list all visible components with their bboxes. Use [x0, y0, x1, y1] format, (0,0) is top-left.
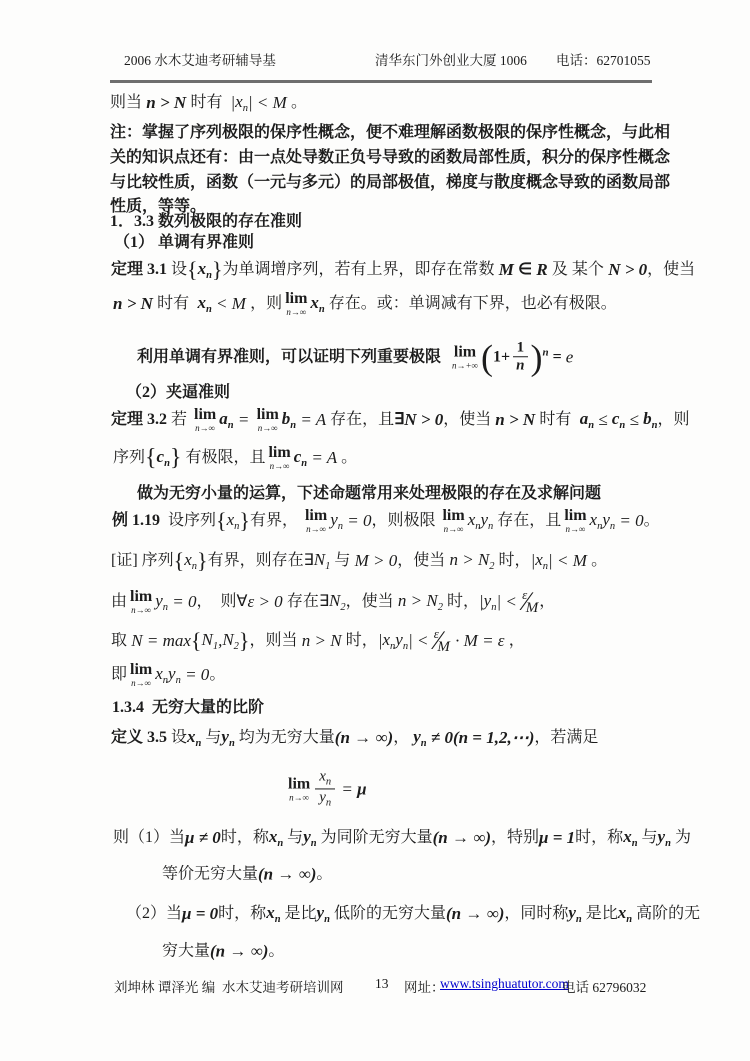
- text-segment: lim: [442, 508, 464, 524]
- text-segment: M > 0: [350, 550, 397, 571]
- footer-page-number: 13: [375, 976, 389, 992]
- text-segment: lim: [194, 407, 216, 423]
- text-segment: 。: [209, 665, 225, 685]
- text-segment: 设: [167, 728, 187, 748]
- text-segment: <: [413, 630, 433, 651]
- text-segment: 。: [644, 511, 660, 531]
- text-segment: 低阶的无穷大量: [330, 904, 446, 924]
- text-segment: ，: [539, 592, 555, 612]
- text-segment: ，使当: [397, 551, 445, 571]
- text-segment: 关的知识点还有：由一点处导数正负号导致的函数局部性质，积分的保序性概念: [110, 148, 670, 168]
- text-segment: 定义 3.5: [111, 728, 167, 748]
- text-segment: 有极限，且: [181, 448, 265, 468]
- text-segment: xn: [468, 509, 481, 533]
- text-segment: n→∞: [565, 525, 585, 534]
- theorem-3-1-line-2: n > N 时有 xn < M ，则limn→∞xn 存在。或：单调减有下界，也…: [113, 291, 617, 317]
- text-segment: ，若满足: [534, 728, 598, 748]
- text-segment: μ ≠ 0: [185, 827, 221, 848]
- fraction: 1n: [512, 339, 528, 375]
- slash-fraction: ε∕M: [434, 630, 450, 652]
- big-bracket: }: [170, 447, 182, 470]
- slash-fraction: ε∕M: [522, 591, 538, 613]
- text-segment: xn: [184, 549, 197, 573]
- text-segment: ，使当: [647, 260, 695, 280]
- text-segment: 设序列: [160, 511, 216, 531]
- text-segment: ≤: [625, 409, 643, 430]
- text-segment: > 0: [254, 591, 287, 612]
- text-segment: =: [337, 778, 357, 799]
- example-1-19-line: 例 1.19 设序列{xn}有界， limn→∞yn = 0，则极限 limn→…: [112, 508, 660, 534]
- limit-operator: limn→∞: [305, 508, 327, 534]
- big-bracket: {: [187, 260, 198, 281]
- text-segment: n: [516, 358, 524, 375]
- text-segment: n→∞: [131, 606, 151, 615]
- text-segment: n > N: [495, 409, 539, 430]
- text-segment: yn: [484, 590, 497, 614]
- text-segment: 取: [111, 631, 127, 651]
- text-segment: 存在。或：单调减有下界，也必有极限。: [325, 294, 617, 314]
- text-segment: 时，称: [221, 828, 269, 848]
- text-segment: ε: [247, 591, 254, 612]
- note-paragraph-line-1: 注：掌握了序列极限的保序性概念，便不难理解函数极限的保序性概念，与此相: [110, 123, 670, 143]
- text-segment: 为: [671, 828, 691, 848]
- text-segment: ，使当: [443, 410, 495, 430]
- text-segment: lim: [268, 445, 290, 461]
- text-segment: yn: [330, 509, 343, 533]
- limit-operator: limn→∞: [268, 445, 290, 471]
- text-segment: yn: [602, 509, 615, 533]
- text-segment: （2）夹逼准则: [126, 383, 230, 403]
- text-segment: lim: [305, 508, 327, 524]
- text-segment: lim: [257, 407, 279, 423]
- text-segment: 是比: [582, 904, 618, 924]
- text-segment: (n → ∞): [335, 727, 393, 748]
- text-segment: 与: [283, 828, 303, 848]
- document-body: 则当 n > N 时有 |xn| < M 。注：掌握了序列极限的保序性概念，便不…: [0, 0, 750, 1061]
- big-bracket: }: [212, 260, 223, 281]
- text-segment: 。: [316, 864, 332, 884]
- subscript: n: [326, 776, 331, 787]
- fraction: xnyn: [315, 768, 335, 809]
- text-segment: bn: [643, 408, 657, 432]
- big-bracket: {: [145, 447, 157, 470]
- text-segment: = 0: [615, 510, 643, 531]
- text-segment: N2: [329, 590, 346, 614]
- text-segment: 穷大量: [162, 941, 210, 961]
- text-segment: 时有: [190, 93, 230, 113]
- text-segment: N1: [314, 549, 331, 573]
- footer-phone: 电话 62796032: [562, 976, 646, 996]
- text-segment: 即: [111, 665, 127, 685]
- big-bracket: }: [239, 631, 250, 652]
- text-segment: yn: [395, 629, 408, 653]
- text-segment: n→∞: [444, 525, 464, 534]
- section-heading-134: 1.3.4 无穷大量的比阶: [112, 698, 264, 718]
- big-bracket: (: [481, 340, 493, 374]
- text-segment: 注：掌握了序列极限的保序性概念，便不难理解函数极限的保序性概念，与此相: [110, 123, 670, 143]
- text-segment: xn: [227, 509, 240, 533]
- text-segment: | < M: [548, 550, 591, 571]
- text-segment: 1．3.3 数列极限的存在准则: [110, 212, 302, 232]
- text-segment: < M: [212, 293, 250, 314]
- text-segment: 1+: [493, 347, 510, 367]
- text-segment: lim: [564, 508, 586, 524]
- text-segment: n > N2: [394, 590, 443, 614]
- definition-3-5-line: 定义 3.5 设xn 与yn 均为无穷大量(n → ∞)， yn ≠ 0(n =…: [111, 726, 598, 750]
- text-segment: 利用单调有界准则，可以证明下列重要极限: [137, 347, 449, 367]
- text-segment: cn: [612, 408, 625, 432]
- item-1-line-2: 等价无穷大量(n → ∞)。: [162, 863, 332, 884]
- text-segment: 定理 3.2: [111, 410, 167, 430]
- text-segment: 为单调增序列，若有上界，即存在常数: [223, 260, 495, 280]
- text-segment: =: [234, 409, 254, 430]
- section-heading-133: 1．3.3 数列极限的存在准则: [110, 212, 302, 232]
- big-bracket: {: [174, 551, 185, 572]
- text-segment: 1.3.4 无穷大量的比阶: [112, 698, 264, 718]
- big-bracket: }: [197, 551, 208, 572]
- text-segment: ∀: [237, 592, 248, 612]
- text-segment: lim: [130, 589, 152, 605]
- intro-line: 则当 n > N 时有 |xn| < M 。: [110, 91, 307, 115]
- text-segment: n > N2: [445, 549, 494, 573]
- text-segment: 若: [167, 410, 191, 430]
- text-segment: N1: [201, 629, 218, 653]
- text-segment: 均为无穷大量: [235, 728, 335, 748]
- item-2-line-2: 穷大量(n → ∞)。: [162, 940, 284, 961]
- text-segment: 时，称: [218, 904, 266, 924]
- text-segment: ，则: [657, 410, 689, 430]
- text-segment: xn: [269, 826, 283, 850]
- text-segment: yn: [568, 902, 581, 926]
- item-1-line-1: 则（1）当μ ≠ 0时，称xn 与yn 为同阶无穷大量(n → ∞)，特别μ =…: [113, 826, 691, 850]
- text-segment: (n → ∞): [433, 827, 491, 848]
- limit-operator: limn→∞: [130, 662, 152, 688]
- text-segment: xn: [193, 292, 212, 316]
- item-2-line-1: （2）当μ = 0时，称xn 是比yn 低阶的无穷大量(n → ∞)，同时称yn…: [126, 902, 700, 926]
- text-segment: xn: [383, 629, 396, 653]
- text-segment: n→+∞: [452, 361, 478, 370]
- text-segment: 有界，则存在: [208, 551, 304, 571]
- text-segment: =: [549, 347, 566, 367]
- text-segment: （2）当: [126, 904, 182, 924]
- text-segment: 时有: [539, 410, 575, 430]
- text-segment: 与: [638, 828, 658, 848]
- text-segment: n > N: [297, 630, 345, 651]
- footer-authors: 刘坤林 谭泽光 编: [114, 976, 215, 996]
- text-segment: 1: [517, 339, 525, 356]
- text-segment: (n → ∞): [258, 863, 316, 884]
- text-segment: an: [219, 408, 233, 432]
- text-segment: 时，称: [575, 828, 623, 848]
- text-segment: 时，: [443, 592, 479, 612]
- text-segment: = 0: [343, 510, 371, 531]
- text-segment: = A: [296, 409, 330, 430]
- text-segment: 时，: [346, 631, 378, 651]
- big-bracket: {: [191, 631, 202, 652]
- text-segment: xn: [535, 549, 548, 573]
- text-segment: 。: [591, 551, 607, 571]
- footer-site-name: 水木艾迪考研培训网: [222, 976, 344, 996]
- proof-line-2: 由limn→∞yn = 0， 则∀ε > 0 存在∃N2，使当 n > N2 时…: [111, 589, 555, 615]
- text-segment: yn: [155, 590, 168, 614]
- text-segment: xn: [623, 826, 637, 850]
- subsection-heading-1: （1） 单调有界准则: [114, 233, 254, 253]
- footer-url-link[interactable]: www.tsinghuatutor.com: [440, 976, 569, 992]
- text-segment: 定理 3.1: [111, 260, 167, 280]
- text-segment: 则当: [110, 93, 142, 113]
- text-segment: 由: [111, 592, 127, 612]
- text-segment: μ = 1: [539, 827, 575, 848]
- theorem-3-2-line-2: 序列{cn} 有极限，且limn→∞cn = A 。: [113, 445, 357, 471]
- text-segment: N > 0: [404, 409, 443, 430]
- text-segment: ，则极限: [371, 511, 439, 531]
- text-segment: N2: [222, 629, 239, 653]
- text-segment: yn: [317, 902, 330, 926]
- text-segment: ∃: [394, 410, 404, 430]
- text-segment: 及 某个: [552, 260, 604, 280]
- text-segment: yn: [319, 790, 331, 810]
- text-segment: n→∞: [195, 424, 215, 433]
- limit-operator: limn→+∞: [452, 344, 478, 370]
- text-segment: 与比较性质，函数（一元与多元）的局部极值，梯度与散度概念导致的函数局部: [110, 173, 670, 193]
- text-segment: 与: [201, 728, 221, 748]
- text-segment: ≠ 0(n = 1,2,⋯): [427, 727, 535, 748]
- text-segment: N = max: [127, 630, 191, 651]
- text-segment: R: [532, 259, 552, 280]
- text-segment: 为同阶无穷大量: [317, 828, 433, 848]
- important-limit-line: 利用单调有界准则，可以证明下列重要极限 limn→+∞(1+1n)n = e: [137, 339, 573, 375]
- note-paragraph-line-2: 关的知识点还有：由一点处导数正负号导致的函数局部性质，积分的保序性概念: [110, 148, 670, 168]
- text-segment: 存在，且: [330, 410, 394, 430]
- display-formula-mu: limn→∞xnyn = μ: [285, 768, 367, 809]
- big-bracket: ): [530, 340, 542, 374]
- text-segment: 有界，: [250, 511, 302, 531]
- text-segment: yn: [413, 726, 426, 750]
- text-segment: yn: [221, 726, 234, 750]
- text-segment: bn: [282, 408, 296, 432]
- limit-operator: limn→∞: [194, 407, 216, 433]
- text-segment: 序列: [113, 448, 145, 468]
- text-segment: 例 1.19: [112, 511, 160, 531]
- text-segment: | < M: [248, 92, 291, 113]
- text-segment: μ: [357, 778, 366, 799]
- text-segment: ，使当: [346, 592, 394, 612]
- note-paragraph-line-3: 与比较性质，函数（一元与多元）的局部极值，梯度与散度概念导致的函数局部: [110, 173, 670, 193]
- text-segment: ∃: [319, 592, 329, 612]
- limit-operator: limn→∞: [130, 589, 152, 615]
- text-segment: n→∞: [258, 424, 278, 433]
- text-segment: ∃: [304, 551, 314, 571]
- text-segment: (n → ∞): [446, 903, 504, 924]
- document-page: 2006 水木艾迪考研辅导基 清华东门外创业大厦 1006 电话：6270105…: [0, 0, 750, 1061]
- text-segment: xn: [187, 726, 201, 750]
- text-segment: ，则当: [249, 631, 297, 651]
- limit-operator: limn→∞: [285, 291, 307, 317]
- text-segment: ，: [393, 728, 413, 748]
- text-segment: (n → ∞): [210, 940, 268, 961]
- text-segment: xn: [198, 258, 212, 282]
- text-segment: cn: [157, 446, 170, 470]
- text-segment: cn: [294, 446, 307, 470]
- text-segment: M: [495, 259, 519, 280]
- text-segment: xn: [310, 292, 324, 316]
- theorem-3-1-line-1: 定理 3.1 设{xn}为单调增序列，若有上界，即存在常数 M ∈ R 及 某个…: [111, 258, 695, 282]
- theorem-3-2-line-1: 定理 3.2 若 limn→∞an = limn→∞bn = A 存在，且∃N …: [111, 407, 689, 433]
- limit-operator: limn→∞: [257, 407, 279, 433]
- text-segment: yn: [481, 509, 494, 533]
- text-segment: lim: [130, 662, 152, 678]
- text-segment: ≤: [594, 409, 612, 430]
- limit-operator: limn→∞: [564, 508, 586, 534]
- text-segment: an: [575, 408, 594, 432]
- text-segment: n→∞: [286, 308, 306, 317]
- big-bracket: {: [216, 511, 227, 532]
- text-segment: yn: [315, 790, 335, 810]
- text-segment: M: [437, 638, 450, 657]
- text-segment: = A: [307, 447, 341, 468]
- text-segment: 设: [167, 260, 187, 280]
- text-segment: 。: [341, 448, 357, 468]
- text-segment: xn: [235, 91, 248, 115]
- text-segment: yn: [168, 663, 181, 687]
- text-segment: ，: [509, 631, 525, 651]
- text-segment: yn: [303, 826, 316, 850]
- text-segment: （1） 单调有界准则: [114, 233, 254, 253]
- text-segment: lim: [454, 344, 476, 360]
- text-segment: e: [566, 346, 574, 367]
- text-segment: xn: [155, 663, 168, 687]
- text-segment: ，特别: [491, 828, 539, 848]
- text-segment: 是比: [281, 904, 317, 924]
- text-segment: n > N: [113, 293, 157, 314]
- text-segment: 存在: [287, 592, 319, 612]
- text-segment: yn: [658, 826, 671, 850]
- proof-line-3: 取 N = max{N1,N2}，则当 n > N 时，|xnyn| < ε∕M…: [111, 629, 525, 653]
- text-segment: 1: [513, 339, 529, 357]
- text-segment: 等价无穷大量: [162, 864, 258, 884]
- text-segment: 。: [291, 93, 307, 113]
- text-segment: = 0: [181, 664, 209, 685]
- text-segment: xn: [590, 509, 603, 533]
- text-segment: [证] 序列: [111, 551, 174, 571]
- subscript: n: [326, 798, 331, 809]
- text-segment: n→∞: [289, 793, 309, 802]
- text-segment: M: [526, 599, 539, 618]
- text-segment: 存在，且: [493, 511, 561, 531]
- text-segment: n: [512, 358, 528, 375]
- text-segment: 则（1）当: [113, 828, 185, 848]
- text-segment: ， 则: [197, 592, 237, 612]
- infinitesimal-ops-line: 做为无穷小量的运算，下述命题常用来处理极限的存在及求解问题: [137, 484, 601, 504]
- text-segment: 时，: [495, 551, 531, 571]
- text-segment: 与: [330, 551, 350, 571]
- proof-line-4: 即limn→∞xnyn = 0。: [111, 662, 225, 688]
- text-segment: 高阶的无: [632, 904, 700, 924]
- text-segment: · M = ε: [451, 630, 509, 651]
- text-segment: N > 0: [604, 259, 647, 280]
- footer-url-label: 网址：: [404, 976, 445, 996]
- text-segment: lim: [288, 776, 310, 792]
- limit-operator: limn→∞: [442, 508, 464, 534]
- text-segment: xn: [266, 902, 280, 926]
- text-segment: 。: [268, 941, 284, 961]
- text-segment: n > N: [142, 92, 190, 113]
- text-segment: xn: [315, 768, 335, 789]
- text-segment: ，则: [250, 294, 282, 314]
- text-segment: ∈: [518, 260, 532, 280]
- subsection-heading-2: （2）夹逼准则: [126, 383, 230, 403]
- text-segment: xn: [618, 902, 632, 926]
- text-segment: n→∞: [131, 679, 151, 688]
- text-segment: 做为无穷小量的运算，下述命题常用来处理极限的存在及求解问题: [137, 484, 601, 504]
- big-bracket: }: [239, 511, 250, 532]
- text-segment: = 0: [168, 591, 196, 612]
- text-segment: 时有: [157, 294, 193, 314]
- text-segment: xn: [319, 768, 331, 788]
- text-segment: n→∞: [270, 462, 290, 471]
- text-segment: <: [501, 591, 521, 612]
- text-segment: n→∞: [306, 525, 326, 534]
- proof-line-1: [证] 序列{xn}有界，则存在∃N1 与 M > 0，使当 n > N2 时，…: [111, 549, 607, 573]
- text-segment: μ = 0: [182, 903, 218, 924]
- text-segment: lim: [285, 291, 307, 307]
- limit-operator: limn→∞: [288, 776, 310, 802]
- text-segment: ，同时称: [504, 904, 568, 924]
